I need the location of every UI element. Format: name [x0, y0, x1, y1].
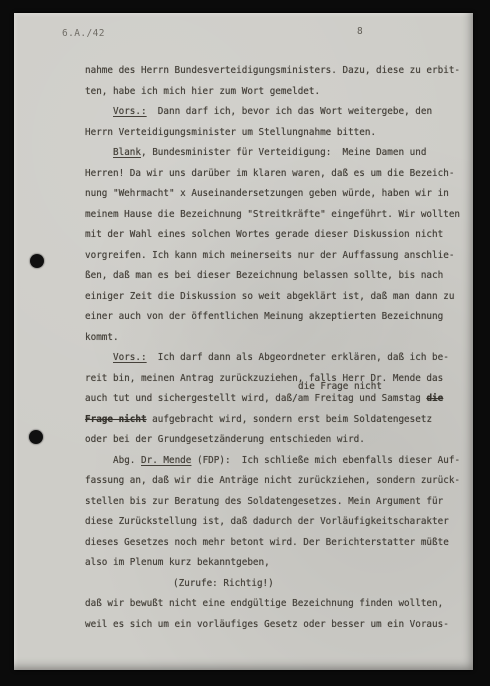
text-run: aufgebracht wird, sondern erst beim Sold…: [147, 414, 432, 425]
text-run: daß wir bewußt nicht eine endgültige Bez…: [85, 598, 443, 609]
text-run: vorgreifen. Ich kann mich meinerseits nu…: [85, 250, 454, 261]
text-run: die Frage nicht: [298, 381, 382, 392]
punch-hole: [29, 430, 43, 444]
struck-out-text-run: die: [426, 393, 443, 404]
text-run: mit der Wahl eines solchen Wortes gerade…: [85, 229, 443, 240]
text-run: einiger Zeit die Diskussion so weit abge…: [85, 291, 454, 302]
text-run: kommt.: [85, 332, 119, 343]
text-line: stellen bis zur Beratung des Soldatenges…: [85, 492, 467, 513]
text-line: nung "Wehrmacht" x Auseinandersetzungen …: [85, 184, 467, 205]
text-line: fassung an, daß wir die Anträge nicht zu…: [85, 471, 467, 492]
text-line: daß wir bewußt nicht eine endgültige Bez…: [85, 594, 467, 615]
text-run: also im Plenum kurz bekanntgeben,: [85, 557, 270, 568]
text-line: Frage nicht aufgebracht wird, sondern er…: [85, 410, 467, 431]
text-line: Vors.: Ich darf dann als Abgeordneter er…: [85, 348, 467, 369]
text-run: Herrn Verteidigungsminister um Stellungn…: [85, 127, 376, 138]
text-run: ten, habe ich mich hier zum Wort gemelde…: [85, 86, 320, 97]
text-run: weil es sich um ein vorläufiges Gesetz o…: [85, 619, 449, 630]
text-run: oder bei der Grundgesetzänderung entschi…: [85, 434, 365, 445]
document-text: nahme des Herrn Bundesverteidigungsminis…: [85, 61, 467, 635]
text-line: auch tut und sichergestellt wird, daß/am…: [85, 389, 467, 410]
underlined-text-run: Vors.:: [113, 106, 147, 117]
text-run: fassung an, daß wir die Anträge nicht zu…: [85, 475, 460, 486]
text-run: einer auch von der öffentlichen Meinung …: [85, 311, 443, 322]
text-run: Ich darf dann als Abgeordneter erklären,…: [147, 352, 449, 363]
punch-hole: [30, 254, 44, 268]
text-line: (Zurufe: Richtig!): [85, 574, 467, 595]
underlined-text-run: Vors.:: [113, 352, 147, 363]
text-line: mit der Wahl eines solchen Wortes gerade…: [85, 225, 467, 246]
text-line: weil es sich um ein vorläufiges Gesetz o…: [85, 615, 467, 636]
page-number: 8: [357, 26, 363, 37]
document-reference: 6.A./42: [62, 28, 105, 39]
text-run: nung "Wehrmacht" x Auseinandersetzungen …: [85, 188, 449, 199]
text-line: einer auch von der öffentlichen Meinung …: [85, 307, 467, 328]
text-line: Herrn Verteidigungsminister um Stellungn…: [85, 123, 467, 144]
viewer-background: { "header": { "doc_ref": "6.A./42", "pag…: [0, 0, 490, 686]
text-run: meinem Hause die Bezeichnung "Streitkräf…: [85, 209, 460, 220]
text-run: Abg.: [113, 455, 141, 466]
text-line: also im Plenum kurz bekanntgeben,: [85, 553, 467, 574]
text-run: nahme des Herrn Bundesverteidigungsminis…: [85, 65, 460, 76]
text-run: diese Zurückstellung ist, daß dadurch de…: [85, 516, 449, 527]
text-run: Dann darf ich, bevor ich das Wort weiter…: [147, 106, 432, 117]
text-line: vorgreifen. Ich kann mich meinerseits nu…: [85, 246, 467, 267]
text-run: ßen, daß man es bei dieser Bezeichnung b…: [85, 270, 443, 281]
scanned-page: 6.A./42 8 nahme des Herrn Bundesverteidi…: [14, 13, 473, 670]
text-run: (FDP): Ich schließe mich ebenfalls diese…: [191, 455, 460, 466]
underlined-text-run: Blank: [113, 147, 141, 158]
text-line: dieses Gesetzes noch mehr betont wird. D…: [85, 533, 467, 554]
text-line: kommt.: [85, 328, 467, 349]
text-line: ßen, daß man es bei dieser Bezeichnung b…: [85, 266, 467, 287]
text-run: , Bundesminister für Verteidigung: Meine…: [141, 147, 426, 158]
text-run: reit bin, meinen Antrag zurückzuziehen, …: [85, 373, 443, 384]
text-run: auch tut und sichergestellt wird, daß/am…: [85, 393, 426, 404]
underlined-text-run: Dr. Mende: [141, 455, 191, 466]
text-line: einiger Zeit die Diskussion so weit abge…: [85, 287, 467, 308]
text-line: nahme des Herrn Bundesverteidigungsminis…: [85, 61, 467, 82]
text-run: Herren! Da wir uns darüber im klaren war…: [85, 168, 454, 179]
text-line: Herren! Da wir uns darüber im klaren war…: [85, 164, 467, 185]
text-line: diese Zurückstellung ist, daß dadurch de…: [85, 512, 467, 533]
text-line: Blank, Bundesminister für Verteidigung: …: [85, 143, 467, 164]
text-run: stellen bis zur Beratung des Soldatenges…: [85, 496, 443, 507]
text-line: Abg. Dr. Mende (FDP): Ich schließe mich …: [85, 451, 467, 472]
struck-out-text-run: Frage nicht: [85, 414, 147, 425]
text-line: reit bin, meinen Antrag zurückzuziehen, …: [85, 369, 467, 390]
text-run: (Zurufe: Richtig!): [173, 578, 274, 589]
text-line: oder bei der Grundgesetzänderung entschi…: [85, 430, 467, 451]
text-line: meinem Hause die Bezeichnung "Streitkräf…: [85, 205, 467, 226]
text-line: Vors.: Dann darf ich, bevor ich das Wort…: [85, 102, 467, 123]
text-line: ten, habe ich mich hier zum Wort gemelde…: [85, 82, 467, 103]
text-run: dieses Gesetzes noch mehr betont wird. D…: [85, 537, 449, 548]
